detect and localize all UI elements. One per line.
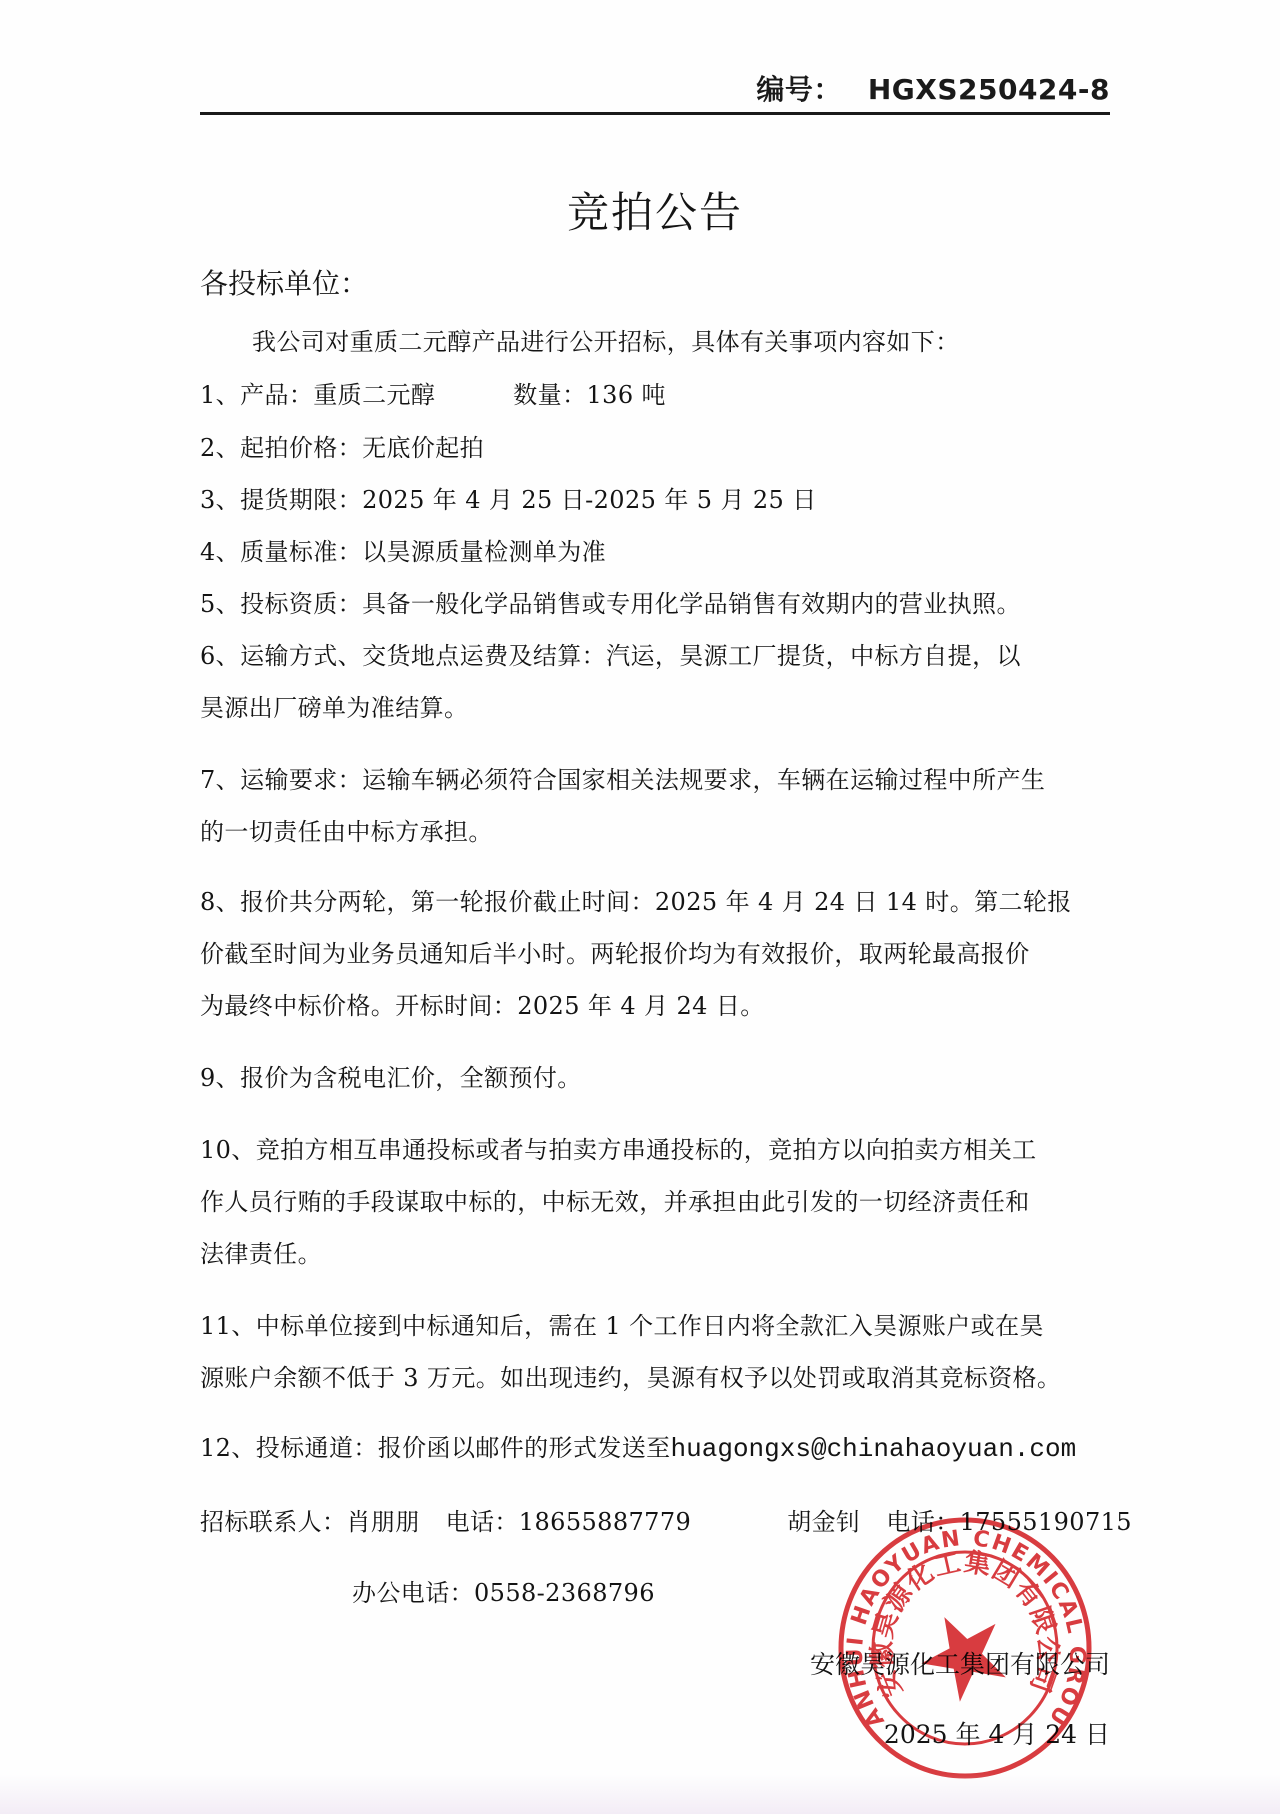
page-title: 竞拍公告 (0, 180, 1280, 240)
document-number-value: HGXS250424-8 (868, 73, 1110, 106)
intro-paragraph: 我公司对重质二元醇产品进行公开招标，具体有关事项内容如下： (252, 322, 960, 357)
item-12: 12、投标通道：报价函以邮件的形式发送至huagongxs@chinahaoyu… (200, 1428, 1076, 1464)
seal-outer-text: ANHUI HAOYUAN CHEMICAL GROUP CO.,LTD. (837, 1516, 1089, 1732)
header-rule (200, 112, 1110, 115)
item-6-line-1: 6、运输方式、交货地点运费及结算：汽运，昊源工厂提货，中标方自提，以 (200, 636, 1021, 671)
item-12-prefix: 12、投标通道：报价函以邮件的形式发送至 (200, 1434, 671, 1462)
signature-date: 2025 年 4 月 24 日 (884, 1715, 1110, 1751)
contacts-line: 招标联系人：肖朋朋电话：18655887779胡金钊电话：17555190715 (200, 1502, 1132, 1537)
contact-1-name: 肖朋朋 (346, 1508, 419, 1536)
item-11-line-1: 11、中标单位接到中标通知后，需在 1 个工作日内将全款汇入昊源账户或在昊 (200, 1306, 1044, 1341)
item-1: 1、产品：重质二元醇数量：136 吨 (200, 375, 666, 410)
document-page: 编号：HGXS250424-8 竞拍公告 各投标单位： 我公司对重质二元醇产品进… (0, 0, 1280, 1814)
item-10-line-3: 法律责任。 (200, 1234, 322, 1269)
item-9: 9、报价为含税电汇价，全额预付。 (200, 1058, 582, 1093)
document-number: 编号：HGXS250424-8 (756, 68, 1110, 108)
item-5: 5、投标资质：具备一般化学品销售或专用化学品销售有效期内的营业执照。 (200, 584, 1021, 619)
item-7-line-2: 的一切责任由中标方承担。 (200, 812, 493, 847)
item-7-line-1: 7、运输要求：运输车辆必须符合国家相关法规要求，车辆在运输过程中所产生 (200, 760, 1045, 795)
item-6-line-2: 昊源出厂磅单为准结算。 (200, 688, 468, 723)
item-1-quantity: 数量：136 吨 (513, 381, 666, 409)
item-10-line-1: 10、竞拍方相互串通投标或者与拍卖方串通投标的，竞拍方以向拍卖方相关工 (200, 1130, 1037, 1165)
item-8-line-1: 8、报价共分两轮，第一轮报价截止时间：2025 年 4 月 24 日 14 时。… (200, 882, 1072, 917)
contact-2-name: 胡金钊 (787, 1508, 860, 1536)
item-4: 4、质量标准：以昊源质量检测单为准 (200, 532, 606, 567)
company-signature: 安徽昊源化工集团有限公司 (810, 1645, 1110, 1681)
item-8-line-2: 价截至时间为业务员通知后半小时。两轮报价均为有效报价，取两轮最高报价 (200, 934, 1030, 969)
item-10-line-2: 作人员行贿的手段谋取中标的，中标无效，并承担由此引发的一切经济责任和 (200, 1182, 1030, 1217)
contacts-label: 招标联系人： (200, 1508, 346, 1536)
scan-edge-shade (0, 1774, 1280, 1814)
item-8-line-3: 为最终中标价格。开标时间：2025 年 4 月 24 日。 (200, 986, 765, 1021)
salutation: 各投标单位： (200, 262, 368, 302)
document-number-label: 编号： (756, 73, 842, 106)
contact-1-phone: 电话：18655887779 (446, 1508, 692, 1536)
item-1-product: 1、产品：重质二元醇 (200, 381, 435, 409)
item-2: 2、起拍价格：无底价起拍 (200, 428, 484, 463)
item-11-line-2: 源账户余额不低于 3 万元。如出现违约，昊源有权予以处罚或取消其竞标资格。 (200, 1358, 1061, 1393)
item-3: 3、提货期限：2025 年 4 月 25 日-2025 年 5 月 25 日 (200, 480, 817, 515)
office-phone: 办公电话：0558-2368796 (352, 1573, 655, 1608)
bid-email-link[interactable]: huagongxs@chinahaoyuan.com (671, 1434, 1077, 1464)
contact-2-phone: 电话：17555190715 (886, 1508, 1132, 1536)
